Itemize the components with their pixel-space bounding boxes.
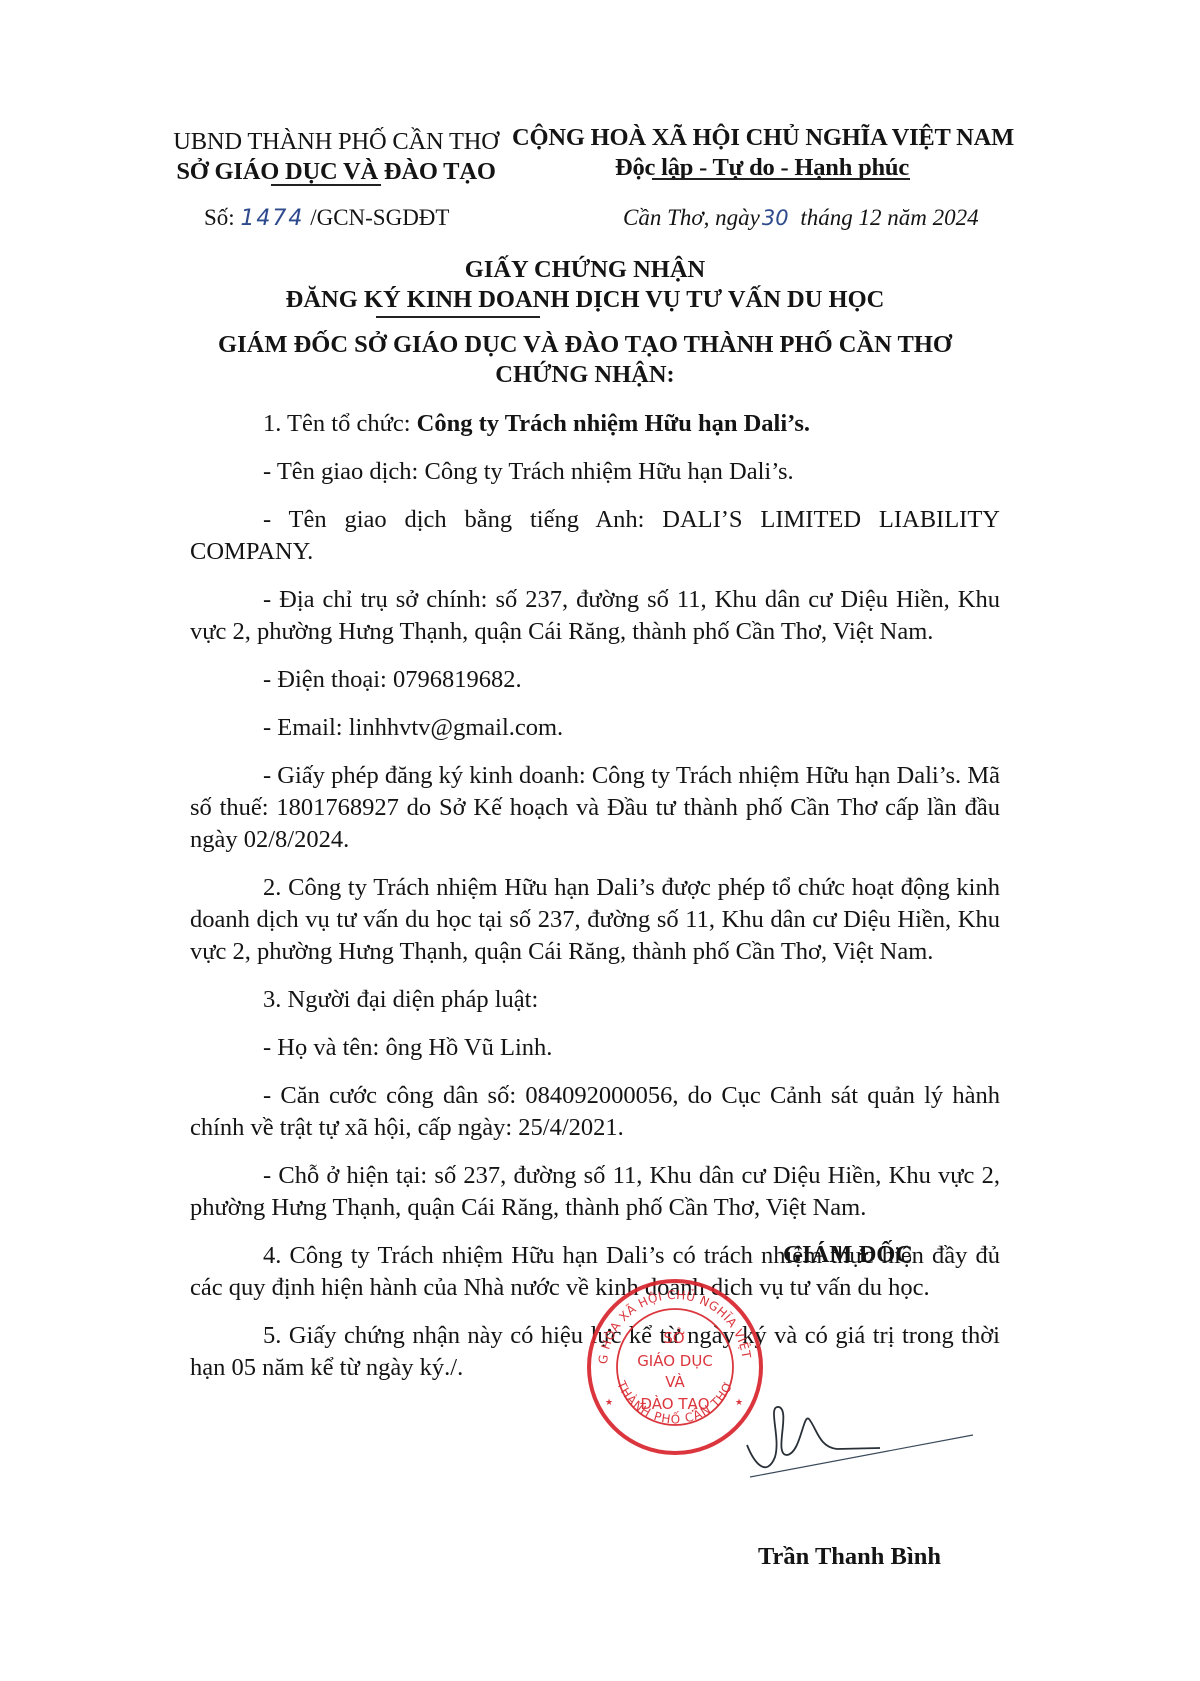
- official-seal-icon: CỘNG HÒA XÃ HỘI CHỦ NGHĨA VIỆT NAM THÀNH…: [585, 1277, 765, 1457]
- authority-line-1: UBND THÀNH PHỐ CẦN THƠ: [166, 127, 506, 157]
- title-line-4: CHỨNG NHẬN:: [170, 360, 1000, 390]
- email: - Email: linhhvtv@gmail.com.: [190, 712, 1000, 744]
- item-1-label: 1. Tên tổ chức:: [263, 410, 417, 437]
- trade-name: - Tên giao dịch: Công ty Trách nhiệm Hữu…: [190, 456, 1000, 488]
- national-motto: CỘNG HOÀ XÃ HỘI CHỦ NGHĨA VIỆT NAM Độc l…: [512, 123, 1012, 183]
- organization-name: Công ty Trách nhiệm Hữu hạn Dali’s.: [417, 410, 810, 437]
- date-suffix: tháng 12 năm 2024: [800, 205, 978, 230]
- issue-date: Cần Thơ, ngày30 tháng 12 năm 2024: [623, 203, 979, 233]
- business-license: - Giấy phép đăng ký kinh doanh: Công ty …: [190, 760, 1000, 856]
- title-line-3: GIÁM ĐỐC SỞ GIÁO DỤC VÀ ĐÀO TẠO THÀNH PH…: [170, 330, 1000, 360]
- signer-title: GIÁM ĐỐC: [783, 1240, 913, 1270]
- item-2-permission: 2. Công ty Trách nhiệm Hữu hạn Dali’s đư…: [190, 872, 1000, 968]
- svg-text:★: ★: [735, 1398, 743, 1408]
- english-name: - Tên giao dịch bằng tiếng Anh: DALI’S L…: [190, 504, 1000, 568]
- director-heading: GIÁM ĐỐC SỞ GIÁO DỤC VÀ ĐÀO TẠO THÀNH PH…: [170, 330, 1000, 390]
- motto-underline: [652, 178, 910, 180]
- rep-residence: - Chỗ ở hiện tại: số 237, đường số 11, K…: [190, 1160, 1000, 1224]
- date-prefix: Cần Thơ, ngày: [623, 205, 760, 230]
- svg-text:VÀ: VÀ: [665, 1372, 685, 1391]
- signature-icon: [745, 1385, 1045, 1485]
- handwritten-number: 1474: [240, 206, 304, 231]
- title-underline: [376, 316, 540, 318]
- number-suffix: /GCN-SGDĐT: [310, 205, 449, 230]
- certificate-page: UBND THÀNH PHỐ CẦN THƠ SỞ GIÁO DỤC VÀ ĐÀ…: [0, 0, 1200, 1681]
- title-line-1: GIẤY CHỨNG NHẬN: [170, 255, 1000, 285]
- authority-line-2: SỞ GIÁO DỤC VÀ ĐÀO TẠO: [166, 157, 506, 187]
- head-office-address: - Địa chỉ trụ sở chính: số 237, đường số…: [190, 584, 1000, 648]
- number-prefix: Số:: [204, 205, 235, 230]
- signer-name: Trần Thanh Bình: [758, 1542, 941, 1572]
- svg-text:ĐÀO TẠO: ĐÀO TẠO: [640, 1394, 709, 1413]
- svg-text:SỞ: SỞ: [663, 1327, 686, 1347]
- item-1-organization: 1. Tên tổ chức: Công ty Trách nhiệm Hữu …: [190, 408, 1000, 440]
- rep-name: - Họ và tên: ông Hồ Vũ Linh.: [190, 1032, 1000, 1064]
- rep-id: - Căn cước công dân số: 084092000056, do…: [190, 1080, 1000, 1144]
- certificate-title: GIẤY CHỨNG NHẬN ĐĂNG KÝ KINH DOANH DỊCH …: [170, 255, 1000, 315]
- phone: - Điện thoại: 0796819682.: [190, 664, 1000, 696]
- handwritten-day: 30: [762, 206, 789, 230]
- svg-text:GIÁO DỤC: GIÁO DỤC: [637, 1351, 713, 1370]
- svg-text:★: ★: [605, 1398, 613, 1408]
- item-3-legal-rep: 3. Người đại diện pháp luật:: [190, 984, 1000, 1016]
- document-number: Số: 1474 /GCN-SGDĐT: [204, 203, 449, 234]
- issuing-authority: UBND THÀNH PHỐ CẦN THƠ SỞ GIÁO DỤC VÀ ĐÀ…: [166, 127, 506, 187]
- country-name: CỘNG HOÀ XÃ HỘI CHỦ NGHĨA VIỆT NAM: [512, 123, 1012, 153]
- title-line-2: ĐĂNG KÝ KINH DOANH DỊCH VỤ TƯ VẤN DU HỌC: [170, 285, 1000, 315]
- authority-underline: [271, 184, 381, 186]
